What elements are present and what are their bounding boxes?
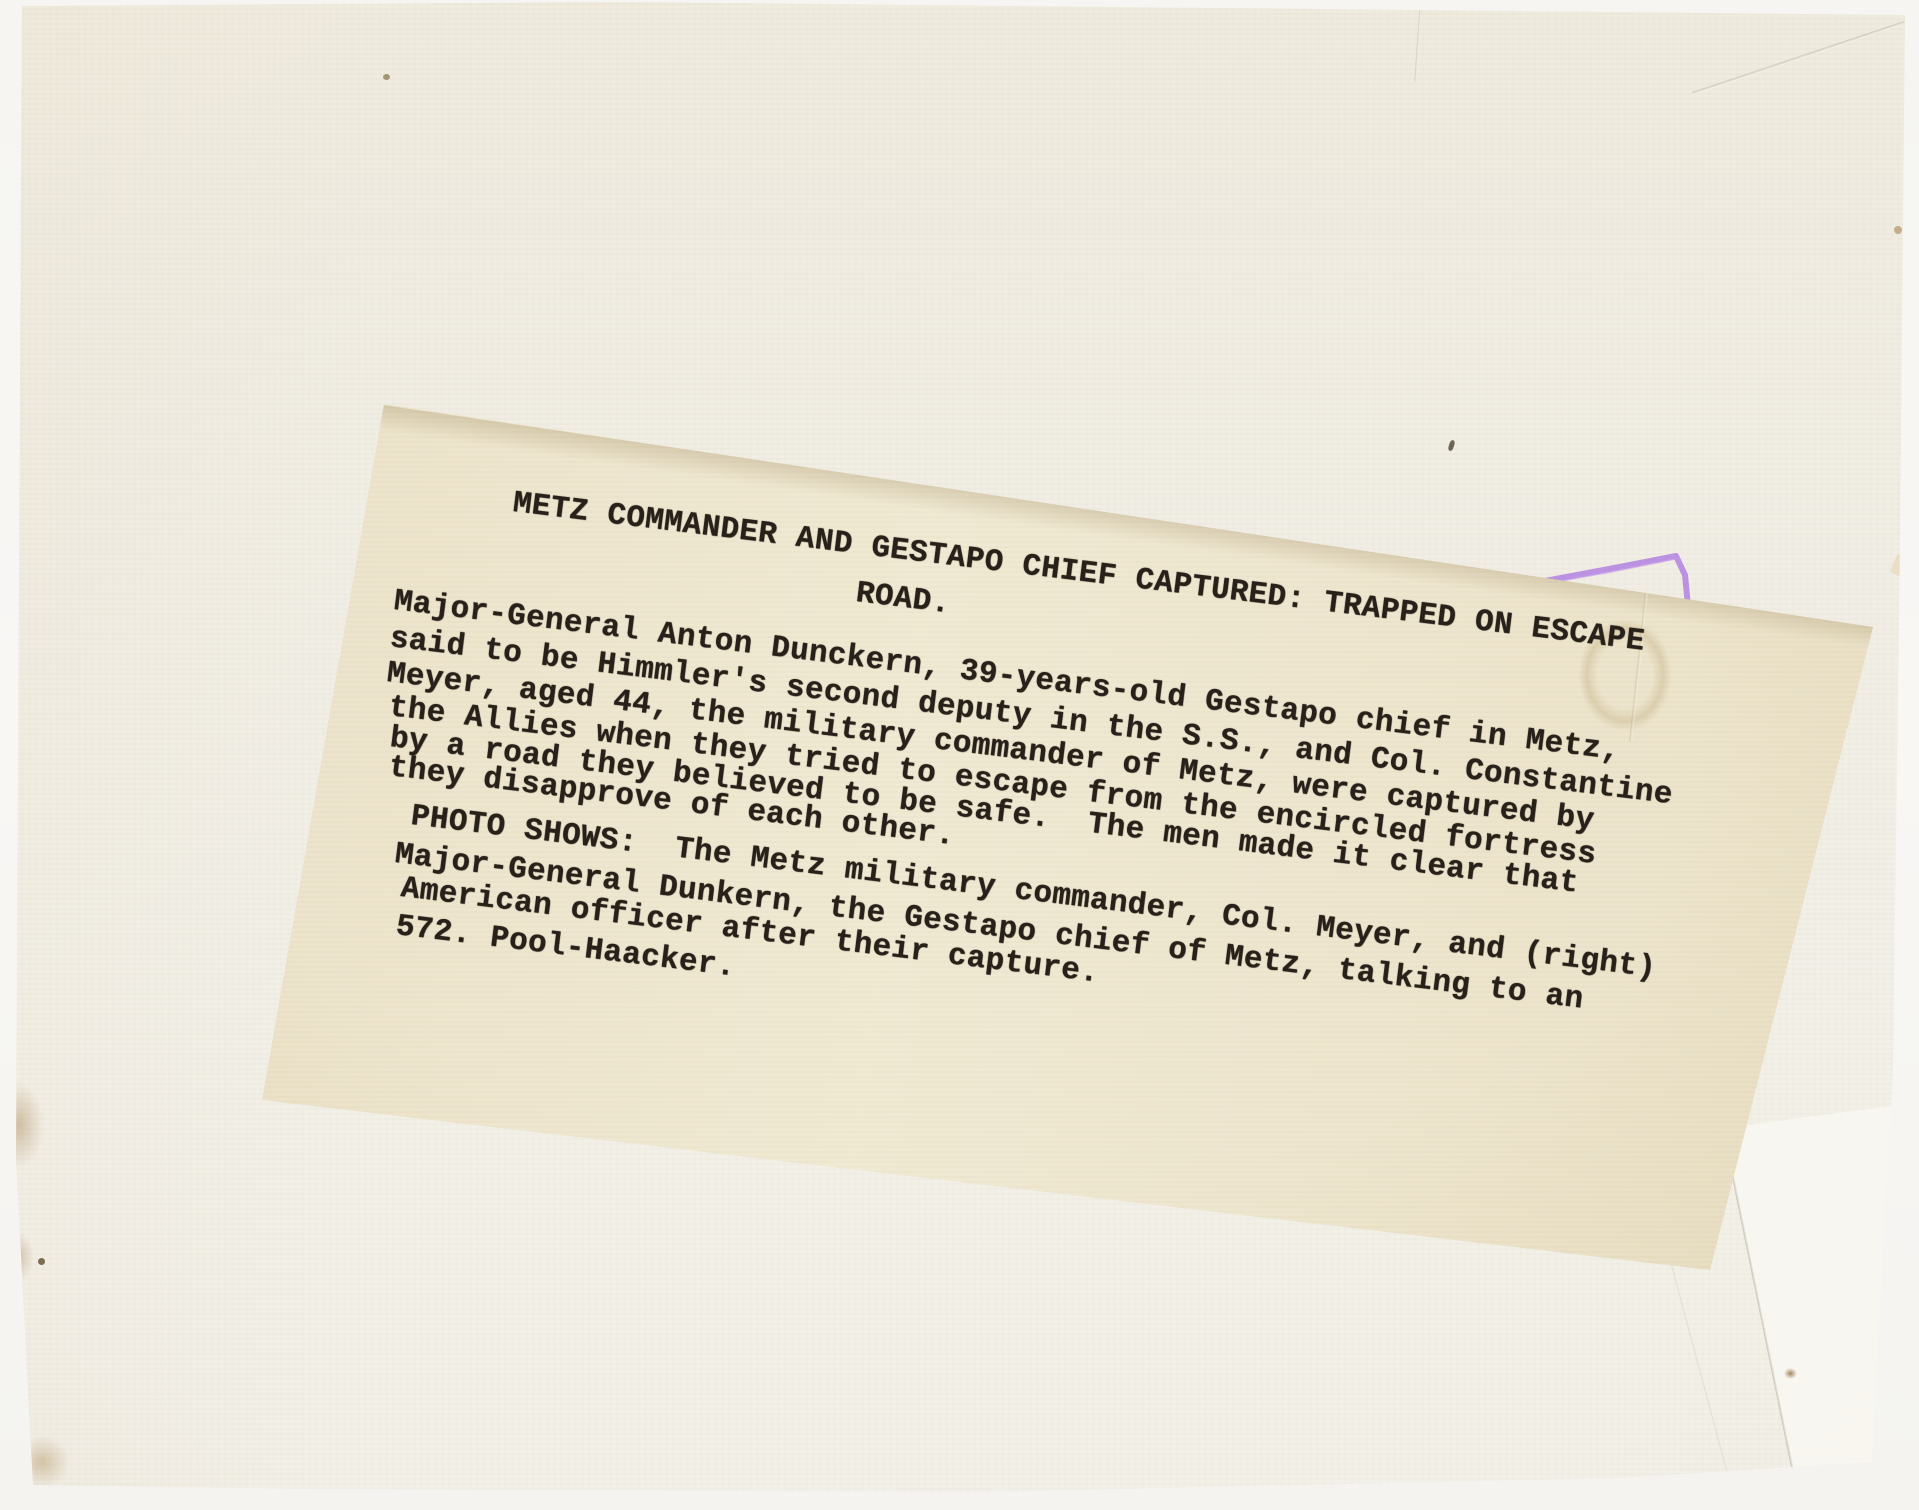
scanned-photo-back: { "document": { "kind": "press-photo-cap…: [0, 0, 1919, 1510]
